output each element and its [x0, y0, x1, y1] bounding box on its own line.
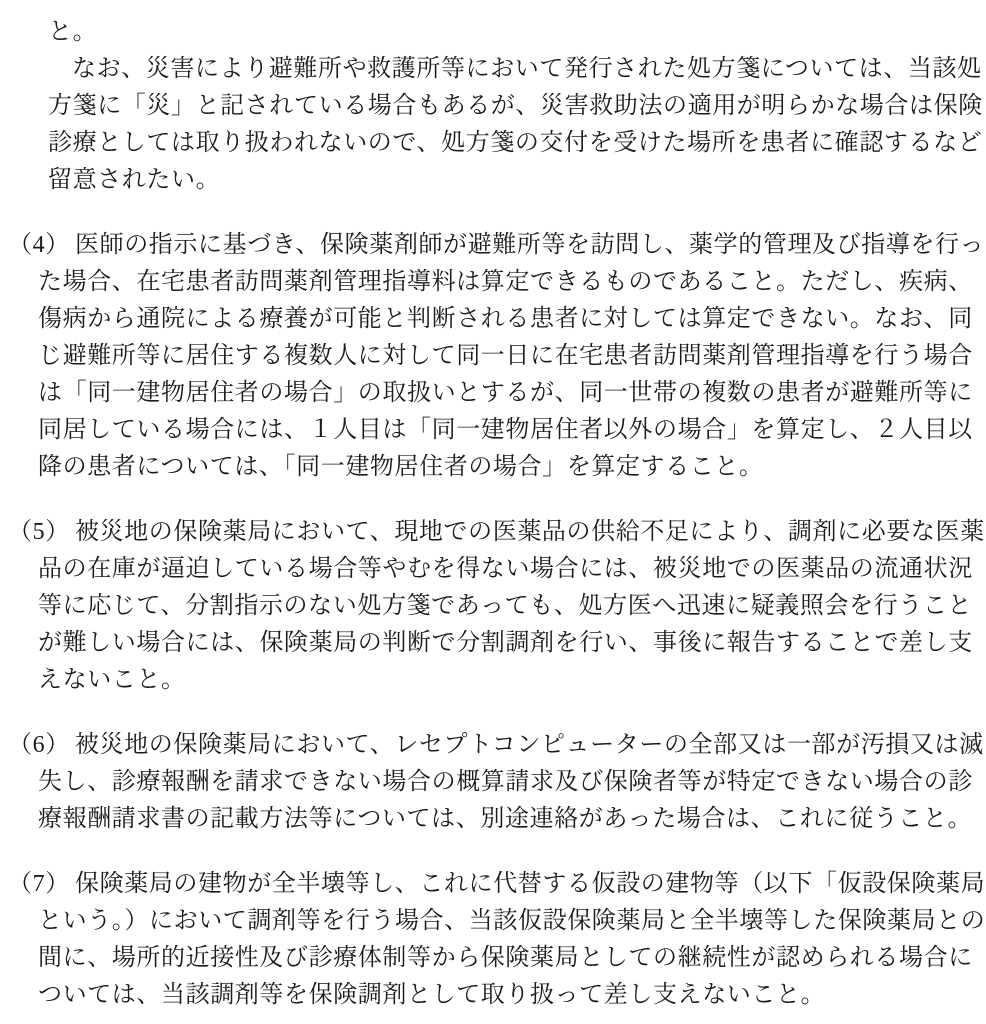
- numbered-item: （7）保険薬局の建物が全半壊等し、これに代替する仮設の建物等（以下「仮設保険薬局…: [0, 866, 986, 1014]
- text-line: （7）保険薬局の建物が全半壊等し、これに代替する仮設の建物等（以下「仮設保険薬局…: [0, 866, 986, 903]
- item-number: （6）: [8, 727, 75, 764]
- paragraph: と。なお、災害により避難所や救護所等において発行された処方箋については、当該処方…: [0, 14, 986, 199]
- text-line: 等に応じて、分割指示のない処方箋であっても、処方医へ迅速に疑義照会を行うこと: [0, 588, 986, 625]
- item-text: 保険薬局の建物が全半壊等し、これに代替する仮設の建物等（以下「仮設保険薬局」: [75, 866, 986, 903]
- text-line: えないこと。: [0, 662, 986, 699]
- item-text: 被災地の保険薬局において、レセプトコンピューターの全部又は一部が汚損又は滅: [75, 727, 984, 764]
- text-line: （4）医師の指示に基づき、保険薬剤師が避難所等を訪問し、薬学的管理及び指導を行っ: [0, 227, 986, 264]
- item-number: （7）: [8, 866, 75, 903]
- text-line: ついては、当該調剤等を保険調剤として取り扱って差し支えないこと。: [0, 977, 986, 1014]
- text-line: 傷病から通院による療養が可能と判断される患者に対しては算定できない。なお、同: [0, 301, 986, 338]
- item-number: （4）: [8, 227, 75, 264]
- item-number: （5）: [8, 514, 75, 551]
- item-text: 医師の指示に基づき、保険薬剤師が避難所等を訪問し、薬学的管理及び指導を行っ: [75, 227, 984, 264]
- text-line: 失し、診療報酬を請求できない場合の概算請求及び保険者等が特定できない場合の診: [0, 764, 986, 801]
- text-line: が難しい場合には、保険薬局の判断で分割調剤を行い、事後に報告することで差し支: [0, 625, 986, 662]
- numbered-item: （4）医師の指示に基づき、保険薬剤師が避難所等を訪問し、薬学的管理及び指導を行っ…: [0, 227, 986, 486]
- text-line: と。: [0, 14, 986, 51]
- text-line: た場合、在宅患者訪問薬剤管理指導料は算定できるものであること。ただし、疾病、: [0, 264, 986, 301]
- text-line: 品の在庫が逼迫している場合等やむを得ない場合には、被災地での医薬品の流通状況: [0, 551, 986, 588]
- text-line: 同居している場合には、１人目は「同一建物居住者以外の場合」を算定し、２人目以: [0, 412, 986, 449]
- text-line: は「同一建物居住者の場合」の取扱いとするが、同一世帯の複数の患者が避難所等に: [0, 375, 986, 412]
- text-line: 方箋に「災」と記されている場合もあるが、災害救助法の適用が明らかな場合は保険: [0, 88, 986, 125]
- text-line: （6）被災地の保険薬局において、レセプトコンピューターの全部又は一部が汚損又は滅: [0, 727, 986, 764]
- text-line: 降の患者については、「同一建物居住者の場合」を算定すること。: [0, 449, 986, 486]
- numbered-item: （5）被災地の保険薬局において、現地での医薬品の供給不足により、調剤に必要な医薬…: [0, 514, 986, 699]
- item-text: 被災地の保険薬局において、現地での医薬品の供給不足により、調剤に必要な医薬: [75, 514, 985, 551]
- text-line: 間に、場所的近接性及び診療体制等から保険薬局としての継続性が認められる場合に: [0, 940, 986, 977]
- text-line: なお、災害により避難所や救護所等において発行された処方箋については、当該処: [0, 51, 986, 88]
- numbered-item: （6）被災地の保険薬局において、レセプトコンピューターの全部又は一部が汚損又は滅…: [0, 727, 986, 838]
- text-line: 留意されたい。: [0, 162, 986, 199]
- document-page: と。なお、災害により避難所や救護所等において発行された処方箋については、当該処方…: [0, 0, 986, 1024]
- text-line: という。）において調剤等を行う場合、当該仮設保険薬局と全半壊等した保険薬局との: [0, 903, 986, 940]
- text-line: 療報酬請求書の記載方法等については、別途連絡があった場合は、これに従うこと。: [0, 801, 986, 838]
- text-line: じ避難所等に居住する複数人に対して同一日に在宅患者訪問薬剤管理指導を行う場合: [0, 338, 986, 375]
- text-line: 診療としては取り扱われないので、処方箋の交付を受けた場所を患者に確認するなど: [0, 125, 986, 162]
- text-line: （5）被災地の保険薬局において、現地での医薬品の供給不足により、調剤に必要な医薬: [0, 514, 986, 551]
